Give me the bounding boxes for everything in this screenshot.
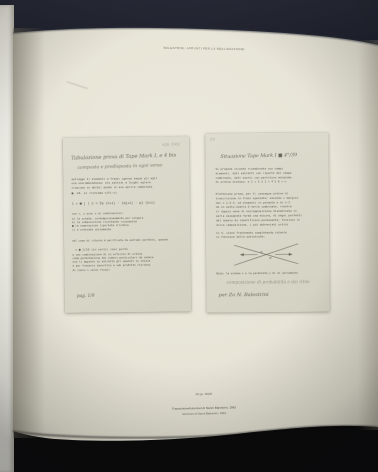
plate-caption: 36 pp. 36|39 Trascrizione/istruzioni di … — [138, 392, 271, 421]
left-doc-paragraph-2: nel caso di ritorno è parificata da estr… — [72, 239, 168, 243]
left-doc-corner-note: app. 1961 — [162, 142, 180, 146]
right-doc-paragraph-1: Si propone vicenda ricombinata con campo… — [216, 167, 292, 185]
right-doc-paragraph-2: Prefazione prima, per 3: consegue ordine… — [216, 192, 302, 228]
left-doc-title-line-2: composta e predisposta in ogni verso — [77, 163, 162, 171]
right-doc-nota-line: Nota: la schema x e la permutata y di xx… — [216, 272, 297, 276]
caption-title: Trascrizione/istruzioni di Nanni Balestr… — [138, 405, 270, 411]
left-doc-list-1: a) la scheda, contemporaneamente per sin… — [72, 217, 144, 232]
right-doc-signature: per Zo N. Balestrini — [219, 292, 269, 298]
left-doc-formula: i + ■ | ( ≡ > Σq (n+i) · (qj+i) · pj (n+… — [72, 201, 155, 206]
left-doc-marker-line: ■ -10. si richiama n(Fi·n) — [72, 192, 117, 196]
running-header: Balestrini, appunti per la realizzazione — [146, 46, 262, 58]
page-right-shading — [358, 40, 378, 430]
left-document-scan: app. 1961 Tabulazione prova di Tape Mark… — [63, 136, 191, 313]
right-doc-corner-mark: f.3 — [210, 137, 215, 141]
left-arrowhead — [240, 253, 244, 256]
left-doc-closing-line: di nuovo i versi finali — [73, 269, 110, 272]
left-doc-paragraph-1: estraggo 1) elementi a frase: ognuno seg… — [71, 177, 157, 191]
right-doc-title: Situazione Tape Mark I ■ 4°/39 — [220, 152, 297, 159]
typed-line: unica composizione, i più abbreviati ord… — [216, 223, 302, 228]
right-doc-handwritten-light: composizione di probabilità e dei ritmi — [226, 280, 309, 286]
diagram-label-b: b — [269, 255, 272, 260]
left-doc-formula-2: c ■ 1/10 (in certi) casi porta — [75, 248, 127, 252]
typed-line: c) e ordinata unitamente — [72, 228, 143, 232]
left-doc-list-2: a una combinazione di un articolo di ord… — [72, 253, 153, 268]
running-header-text: Balestrini, appunti per la realizzazione — [146, 46, 262, 52]
right-doc-note: in d. viene frantumato completando intan… — [216, 231, 287, 240]
typed-line: in funzione delle antistrofe: — [216, 235, 287, 240]
typed-line: di ordine disteso: a 1 + 2 3 1 + 4 5 6 +… — [216, 180, 292, 185]
crossing-arrows-diagram: a b — [232, 241, 300, 270]
left-doc-title-line-1: Tabulazione prova di Tape Mark I, e 4 bi… — [71, 152, 176, 161]
typed-line: e per frasario assortito e sub prodotto … — [72, 263, 153, 268]
right-document-scan: f.3 Situazione Tape Mark I ■ 4°/39 Si pr… — [205, 133, 329, 313]
right-arrowhead — [289, 253, 293, 256]
caption-subtitle: Istruzioni di Nanni Balestrini, 1962 — [138, 411, 270, 417]
left-doc-page-note: pag. 1/9 — [77, 293, 95, 298]
typed-line: ciascuno in abito: mondo in suo aprire c… — [72, 185, 158, 190]
gutter-shadow — [13, 28, 45, 438]
left-doc-ove-line: ove i, j sono n di combinazioni: — [72, 212, 124, 216]
